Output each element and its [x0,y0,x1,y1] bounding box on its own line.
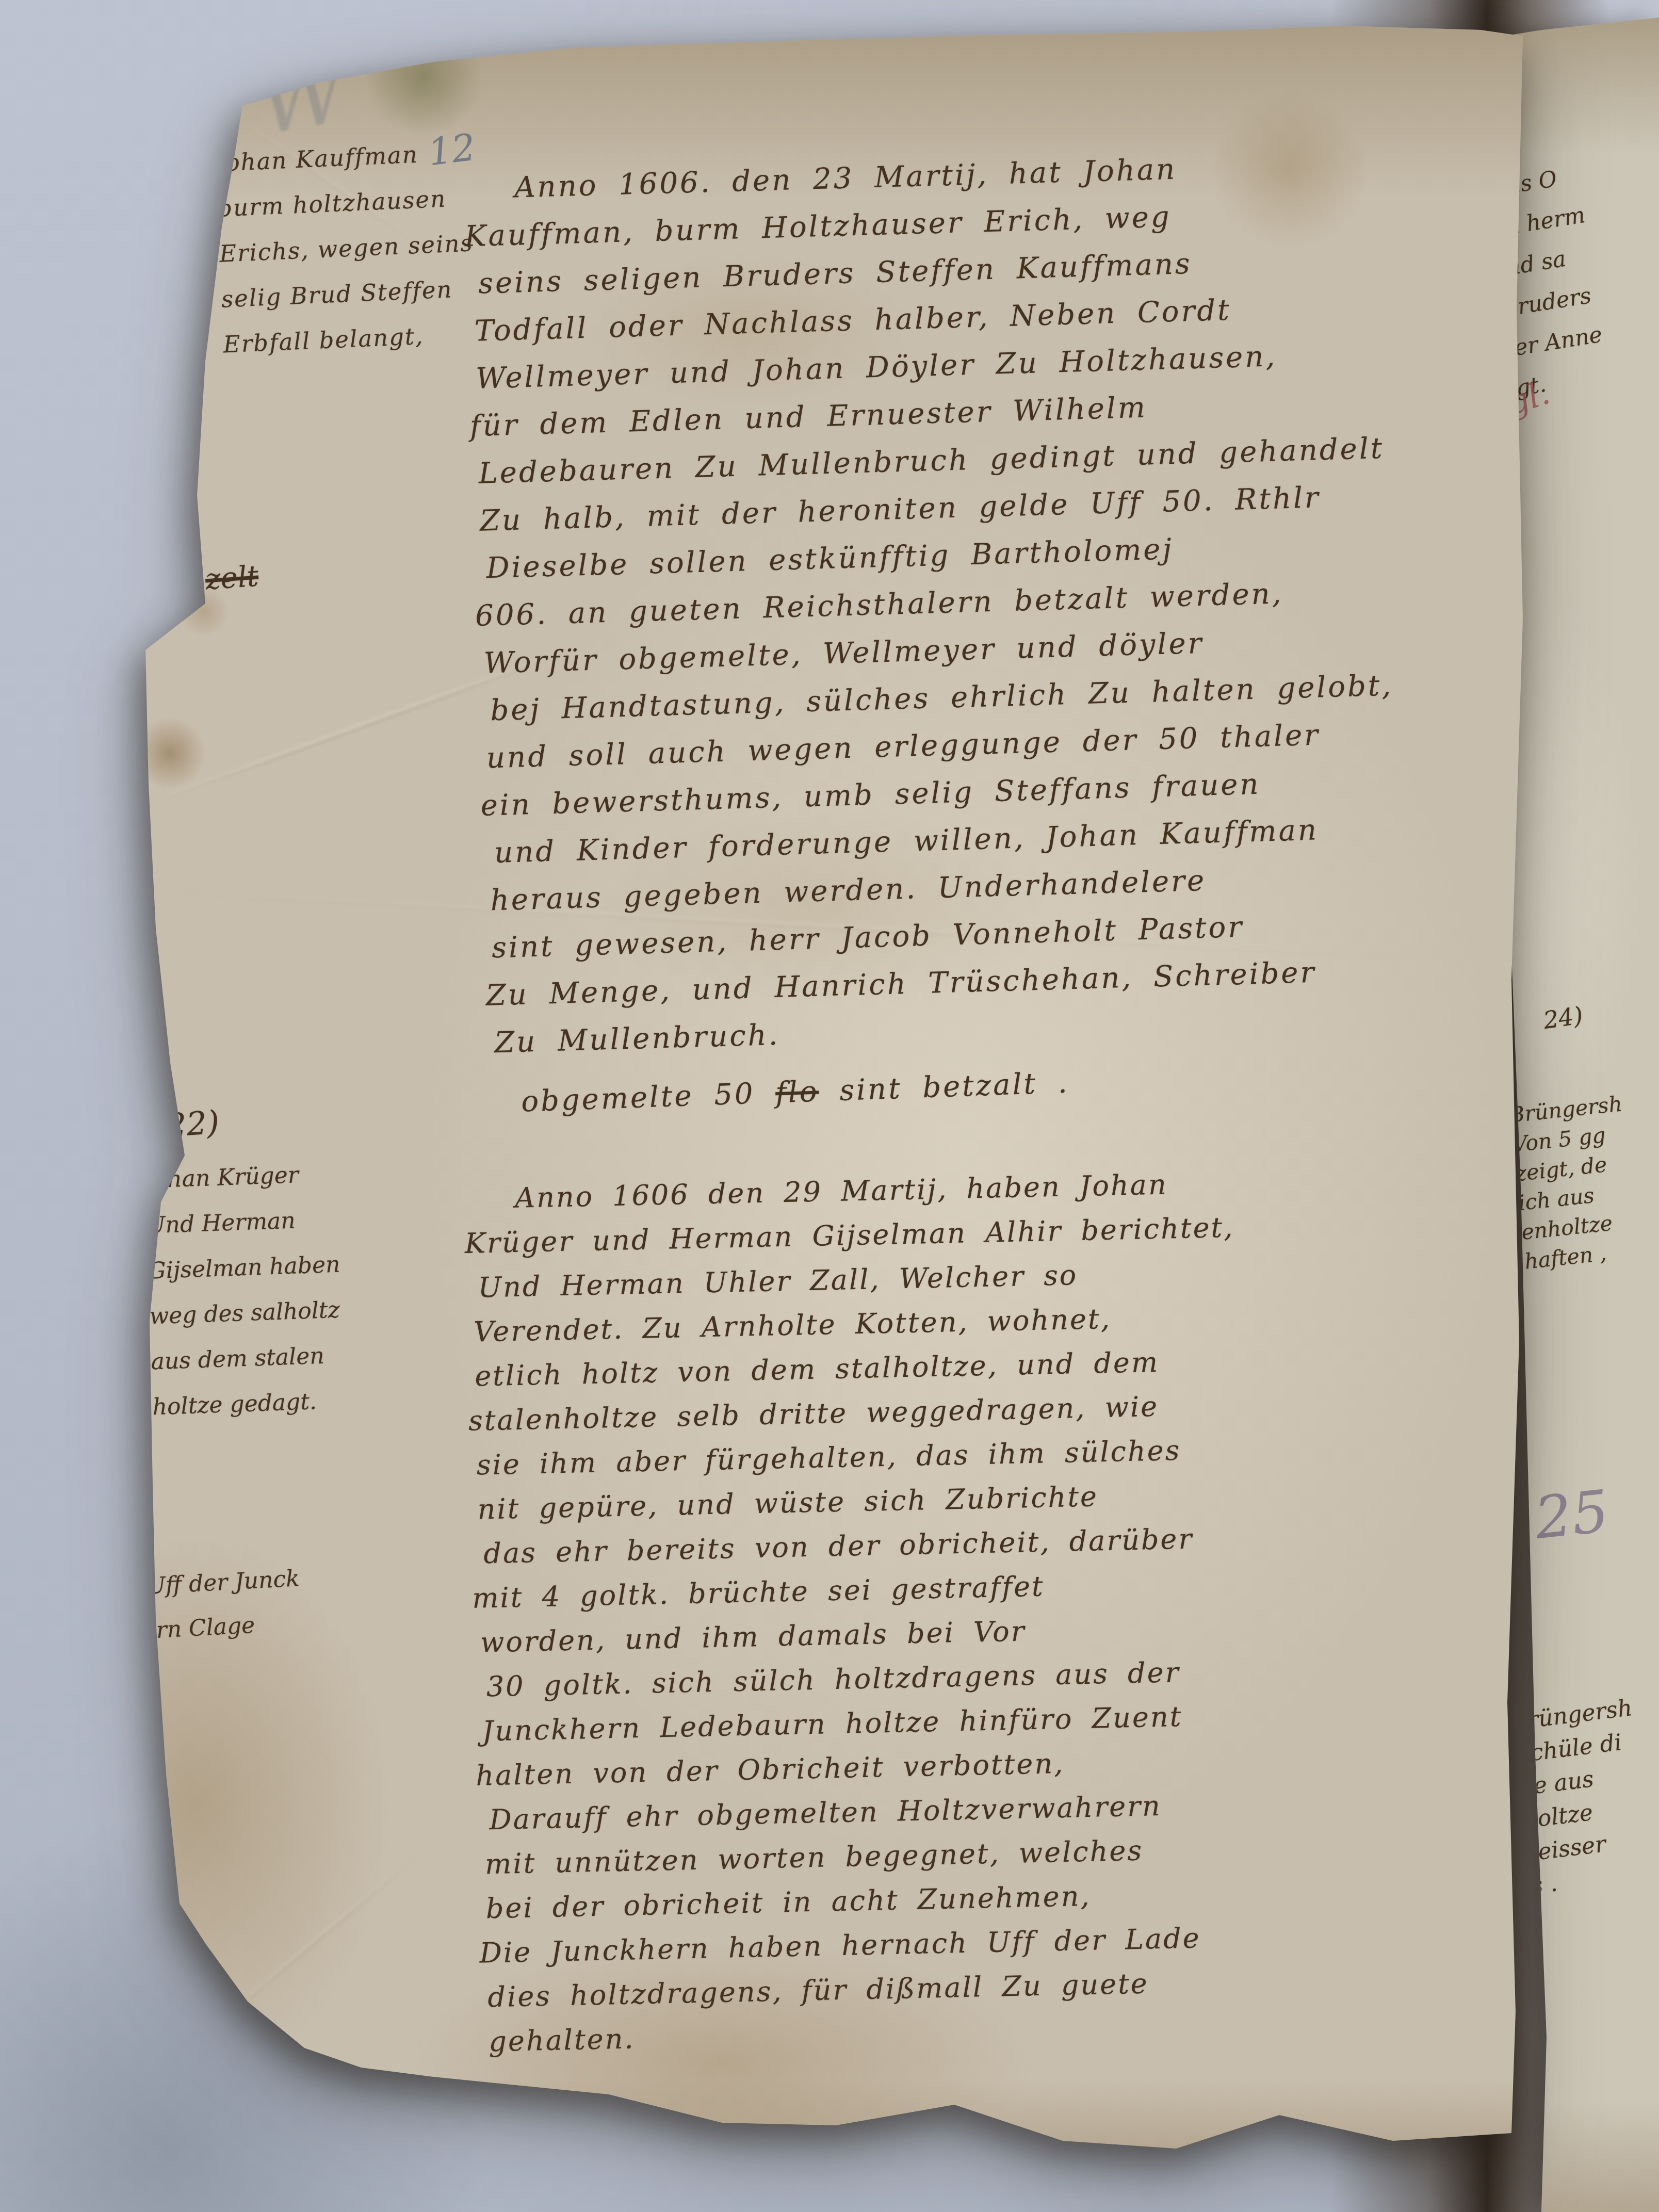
manuscript-photo: 23) Heinrichs Onuns Zu hermfelln und sas… [0,0,1659,2212]
left-page-wrapper: W 12 Johan Kauffmanburm holtzhausenErich… [0,0,1659,2212]
margin-note-junckhern-clage: e Uff der Junckhern Clage [125,1556,303,1654]
margin-note-entry2: Johan KrügerUnd HermanGijselman habenweg… [144,1151,346,1430]
manuscript-line: hern Clage [127,1601,303,1654]
manuscript-line: aus dem stalen [150,1332,344,1385]
crease-line [210,1854,418,2029]
payment-struck-word: flo [775,1075,820,1110]
manuscript-line: Gijselman haben [147,1242,341,1294]
payment-post: sint betzalt . [818,1066,1069,1108]
margin-note-entry1: Johan Kauffmanburm holtzhausenErichs, we… [215,129,478,367]
manuscript-line: Johan Krüger [144,1151,338,1203]
manuscript-line: e Uff der Junck [125,1556,301,1610]
entry2-text-block: Anno 1606 den 29 Martij, haben JohanKrüg… [470,1161,1251,2064]
manuscript-line: holtze gedagt. [152,1378,346,1430]
entry1-text-block: Anno 1606. den 23 Martij, hat JohanKauff… [470,140,1403,1067]
left-manuscript-page: W 12 Johan Kauffmanburm holtzhausenErich… [0,0,1659,2212]
payment-note-line: obgemelte 50 flo sint betzalt . [521,1066,1069,1118]
manuscript-line: weg des salholtz [149,1287,343,1339]
manuscript-line: Und Herman [145,1197,339,1249]
entry-number-22: 22) [165,1103,221,1144]
margin-strikeout-word: zelt [204,559,259,596]
payment-pre: obgemelte 50 [521,1076,776,1118]
